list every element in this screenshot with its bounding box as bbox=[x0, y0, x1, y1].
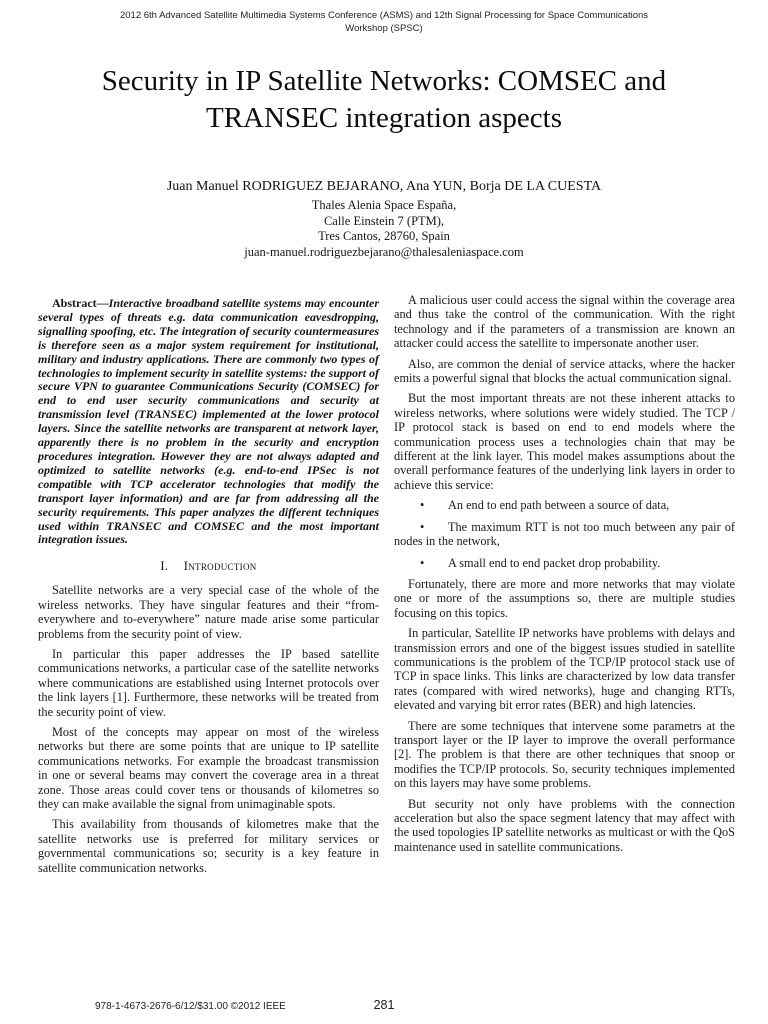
body-paragraph: But security not only have problems with… bbox=[394, 797, 735, 855]
body-paragraph: A malicious user could access the signal… bbox=[394, 293, 735, 351]
bullet-item: •The maximum RTT is not too much between… bbox=[394, 520, 735, 549]
body-paragraph: There are some techniques that intervene… bbox=[394, 719, 735, 791]
section-number: I. bbox=[160, 559, 167, 573]
page-number: 281 bbox=[0, 998, 768, 1012]
paper-title: Security in IP Satellite Networks: COMSE… bbox=[64, 63, 704, 137]
bullet-icon: • bbox=[420, 556, 448, 570]
body-paragraph: In particular, Satellite IP networks hav… bbox=[394, 626, 735, 712]
affiliation-street: Calle Einstein 7 (PTM), bbox=[0, 214, 768, 230]
abstract-label: Abstract bbox=[52, 296, 97, 310]
bullet-icon: • bbox=[420, 498, 448, 512]
authors-line: Juan Manuel RODRIGUEZ BEJARANO, Ana YUN,… bbox=[0, 179, 768, 195]
affiliation-city: Tres Cantos, 28760, Spain bbox=[0, 229, 768, 245]
body-paragraph: Also, are common the denial of service a… bbox=[394, 357, 735, 386]
body-paragraph: In particular this paper addresses the I… bbox=[38, 647, 379, 719]
bullet-icon: • bbox=[420, 520, 448, 534]
affiliation-org: Thales Alenia Space España, bbox=[0, 198, 768, 214]
bullet-item: •An end to end path between a source of … bbox=[394, 498, 735, 512]
bullet-text: A small end to end packet drop probabili… bbox=[448, 556, 660, 570]
right-column: A malicious user could access the signal… bbox=[394, 293, 735, 881]
abstract-paragraph: Abstract—Interactive broadband satellite… bbox=[38, 297, 379, 547]
conference-header: 2012 6th Advanced Satellite Multimedia S… bbox=[104, 9, 664, 35]
abstract-text: Interactive broadband satellite systems … bbox=[38, 296, 379, 546]
section-heading-introduction: I.Introduction bbox=[38, 559, 379, 574]
body-paragraph: Most of the concepts may appear on most … bbox=[38, 725, 379, 811]
author-email: juan-manuel.rodriguezbejarano@thalesalen… bbox=[0, 245, 768, 261]
body-paragraph: But the most important threats are not t… bbox=[394, 391, 735, 492]
paper-page: 2012 6th Advanced Satellite Multimedia S… bbox=[0, 0, 768, 1024]
body-paragraph: Fortunately, there are more and more net… bbox=[394, 577, 735, 620]
bullet-item: •A small end to end packet drop probabil… bbox=[394, 556, 735, 570]
abstract-dash: — bbox=[97, 296, 109, 310]
two-column-body: Abstract—Interactive broadband satellite… bbox=[0, 293, 768, 881]
body-paragraph: Satellite networks are a very special ca… bbox=[38, 583, 379, 641]
body-paragraph: This availability from thousands of kilo… bbox=[38, 817, 379, 875]
left-column: Abstract—Interactive broadband satellite… bbox=[38, 293, 379, 881]
section-title: Introduction bbox=[184, 559, 257, 573]
page-footer: 978-1-4673-2676-6/12/$31.00 ©2012 IEEE 2… bbox=[0, 996, 768, 1012]
bullet-text: An end to end path between a source of d… bbox=[448, 498, 669, 512]
affiliation-block: Thales Alenia Space España, Calle Einste… bbox=[0, 198, 768, 260]
